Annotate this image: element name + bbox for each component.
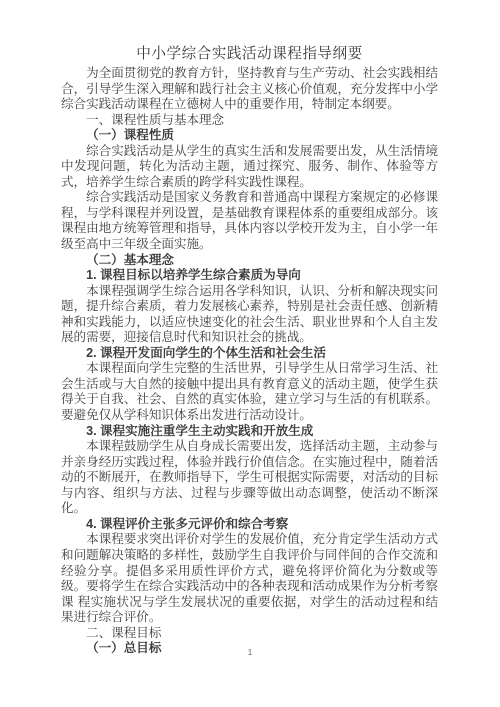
page-number: 1 — [0, 646, 500, 658]
paragraph: 综合实践活动是国家义务教育和普通高中课程方案规定的必修课程，与学科课程并列设置，… — [61, 190, 438, 252]
paragraph: 为全面贯彻党的教育方针，坚持教育与生产劳动、社会实践相结合，引导学生深入理解和践… — [61, 66, 438, 113]
section-heading: 二、课程目标 — [61, 626, 438, 642]
section-heading: 4. 课程评价主张多元评价和综合考察 — [61, 517, 438, 533]
section-heading: （二）基本理念 — [61, 253, 438, 269]
section-heading: 3. 课程实施注重学生主动实践和开放生成 — [61, 424, 438, 440]
paragraph: 本课程强调学生综合运用各学科知识，认识、分析和解决现实问题，提升综合素质，着力发… — [61, 284, 438, 346]
document-title: 中小学综合实践活动课程指导纲要 — [61, 44, 438, 65]
section-heading: 2. 课程开发面向学生的个体生活和社会生活 — [61, 346, 438, 362]
paragraph: 本课程鼓励学生从自身成长需要出发，选择活动主题，主动参与并亲身经历实践过程，体验… — [61, 439, 438, 517]
document-content: 中小学综合实践活动课程指导纲要 为全面贯彻党的教育方针，坚持教育与生产劳动、社会… — [61, 44, 438, 657]
section-heading: 一、课程性质与基本理念 — [61, 113, 438, 129]
paragraph: 本课程面向学生完整的生活世界，引导学生从日常学习生活、社会生活或与大自然的接触中… — [61, 361, 438, 423]
section-heading: 1. 课程目标以培养学生综合素质为导向 — [61, 268, 438, 284]
paragraph: 本课程要求突出评价对学生的发展价值，充分肯定学生活动方式和问题解决策略的多样性，… — [61, 532, 438, 625]
document-page: 中小学综合实践活动课程指导纲要 为全面贯彻党的教育方针，坚持教育与生产劳动、社会… — [0, 0, 500, 707]
section-heading: （一）课程性质 — [61, 128, 438, 144]
paragraph: 综合实践活动是从学生的真实生活和发展需要出发，从生活情境中发现问题，转化为活动主… — [61, 144, 438, 191]
document-body: 为全面贯彻党的教育方针，坚持教育与生产劳动、社会实践相结合，引导学生深入理解和践… — [61, 66, 438, 657]
